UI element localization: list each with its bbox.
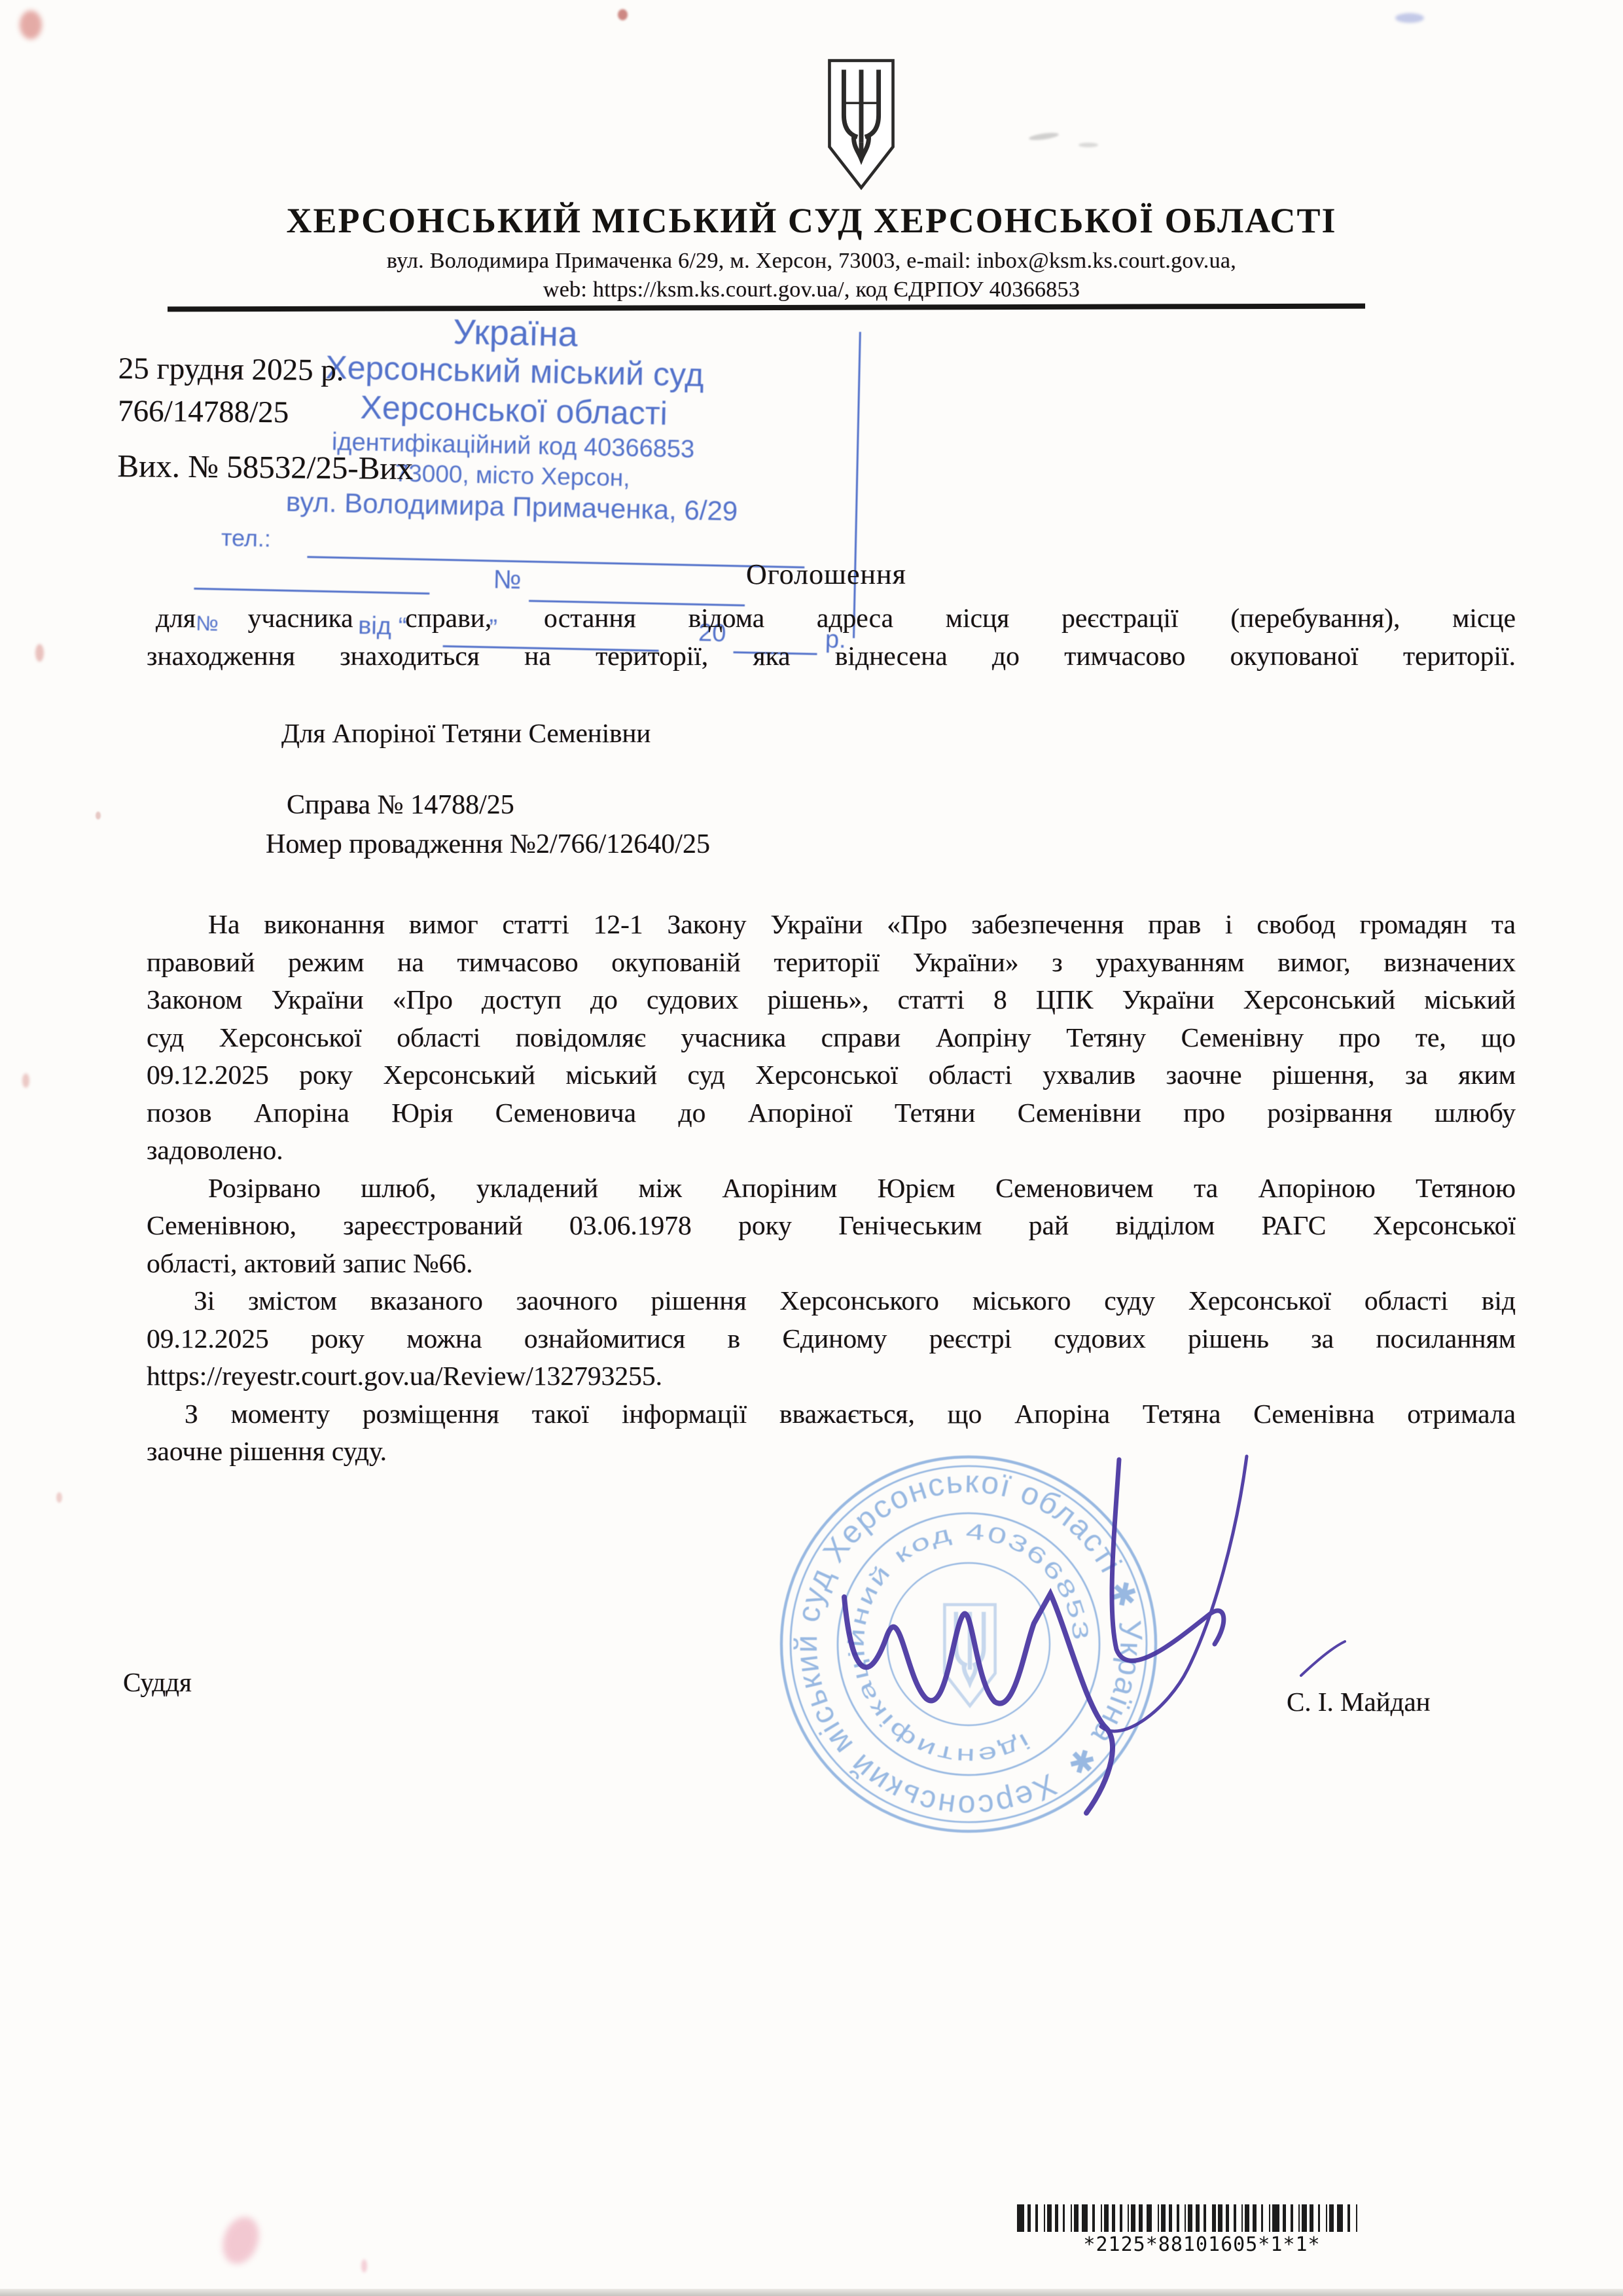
case-number-line: Справа № 14788/25 <box>287 789 514 821</box>
scan-artifact <box>56 1492 62 1503</box>
outgoing-date: 25 грудня 2025 р. <box>118 351 707 391</box>
scan-artifact <box>96 812 101 819</box>
body-text: На виконання вимог статті 12-1 Закону Ук… <box>147 906 1516 1471</box>
court-address-line: вул. Володимира Примаченка 6/29, м. Херс… <box>0 249 1623 274</box>
body-line court-registry-url: https://reyestr.court.gov.ua/Review/1327… <box>147 1357 1516 1395</box>
body-line: 09.12.2025 року Херсонський міський суд … <box>147 1056 1516 1094</box>
body-line: 09.12.2025 року можна ознайомитися в Єди… <box>147 1320 1516 1358</box>
scanned-court-document: ХЕРСОНСЬКИЙ МІСЬКИЙ СУД ХЕРСОНСЬКОЇ ОБЛА… <box>0 0 1623 2296</box>
intro-paragraph: для учасника справи, остання відома адре… <box>147 600 1516 675</box>
document-title: Оголошення <box>746 558 906 591</box>
stamp-tel-label: тел.: <box>221 524 272 553</box>
court-name-heading: ХЕРСОНСЬКИЙ МІСЬКИЙ СУД ХЕРСОНСЬКОЇ ОБЛА… <box>0 200 1623 241</box>
body-line: позов Апоріна Юрія Семеновича до Апоріно… <box>147 1094 1516 1132</box>
ukraine-trident-icon <box>822 58 901 194</box>
scan-artifact <box>618 9 628 20</box>
judge-signature <box>753 1420 1355 1839</box>
barcode-bars <box>1017 2204 1387 2232</box>
outgoing-case-ref: 766/14788/25 <box>118 393 707 434</box>
scan-artifact <box>1079 143 1098 147</box>
body-line: області, актовий запис №66. <box>147 1245 1516 1283</box>
scan-artifact <box>35 644 44 662</box>
barcode-label: *2125*88101605*1*1* <box>1017 2233 1387 2256</box>
scan-artifact <box>361 2259 367 2272</box>
outgoing-info-block: 25 грудня 2025 р. 766/14788/25 Вих. № 58… <box>117 351 707 497</box>
proceeding-number-line: Номер провадження №2/766/12640/25 <box>266 829 710 860</box>
body-line: суд Херсонської області повідомляє учасн… <box>147 1019 1516 1057</box>
scan-artifact <box>1029 132 1060 141</box>
intro-line: знаходження знаходиться на території, як… <box>147 637 1516 675</box>
body-line: На виконання вимог статті 12-1 Закону Ук… <box>147 906 1516 944</box>
stamp-number-label: № <box>493 565 522 595</box>
body-line: Законом України «Про доступ до судових р… <box>147 981 1516 1019</box>
stamp-number-blank-line <box>194 588 429 595</box>
body-line: Семенівною, зареєстрований 03.06.1978 ро… <box>147 1207 1516 1245</box>
addressee-line: Для Апоріної Тетяни Семенівни <box>281 717 651 749</box>
body-line: правовий режим на тимчасово окупованій т… <box>147 944 1516 982</box>
scan-artifact <box>217 2212 265 2269</box>
outgoing-number: Вих. № 58532/25-Вих <box>117 447 706 490</box>
body-line: Розірвано шлюб, укладений між Апоріним Ю… <box>147 1170 1516 1208</box>
scan-artifact <box>20 10 42 39</box>
scan-page-edge <box>0 2289 1623 2296</box>
scan-artifact <box>22 1073 29 1088</box>
judge-name: С. І. Майдан <box>1287 1686 1431 1717</box>
document-barcode: *2125*88101605*1*1* <box>1017 2204 1387 2256</box>
scan-artifact <box>1395 13 1424 23</box>
body-line: задоволено. <box>147 1132 1516 1170</box>
intro-line: для учасника справи, остання відома адре… <box>147 600 1516 637</box>
judge-label: Суддя <box>123 1666 192 1698</box>
body-line: Зі змістом вказаного заочного рішення Хе… <box>147 1282 1516 1320</box>
stamp-tel-blank-line <box>307 556 804 568</box>
court-web-line: web: https://ksm.ks.court.gov.ua/, код Є… <box>0 278 1623 302</box>
